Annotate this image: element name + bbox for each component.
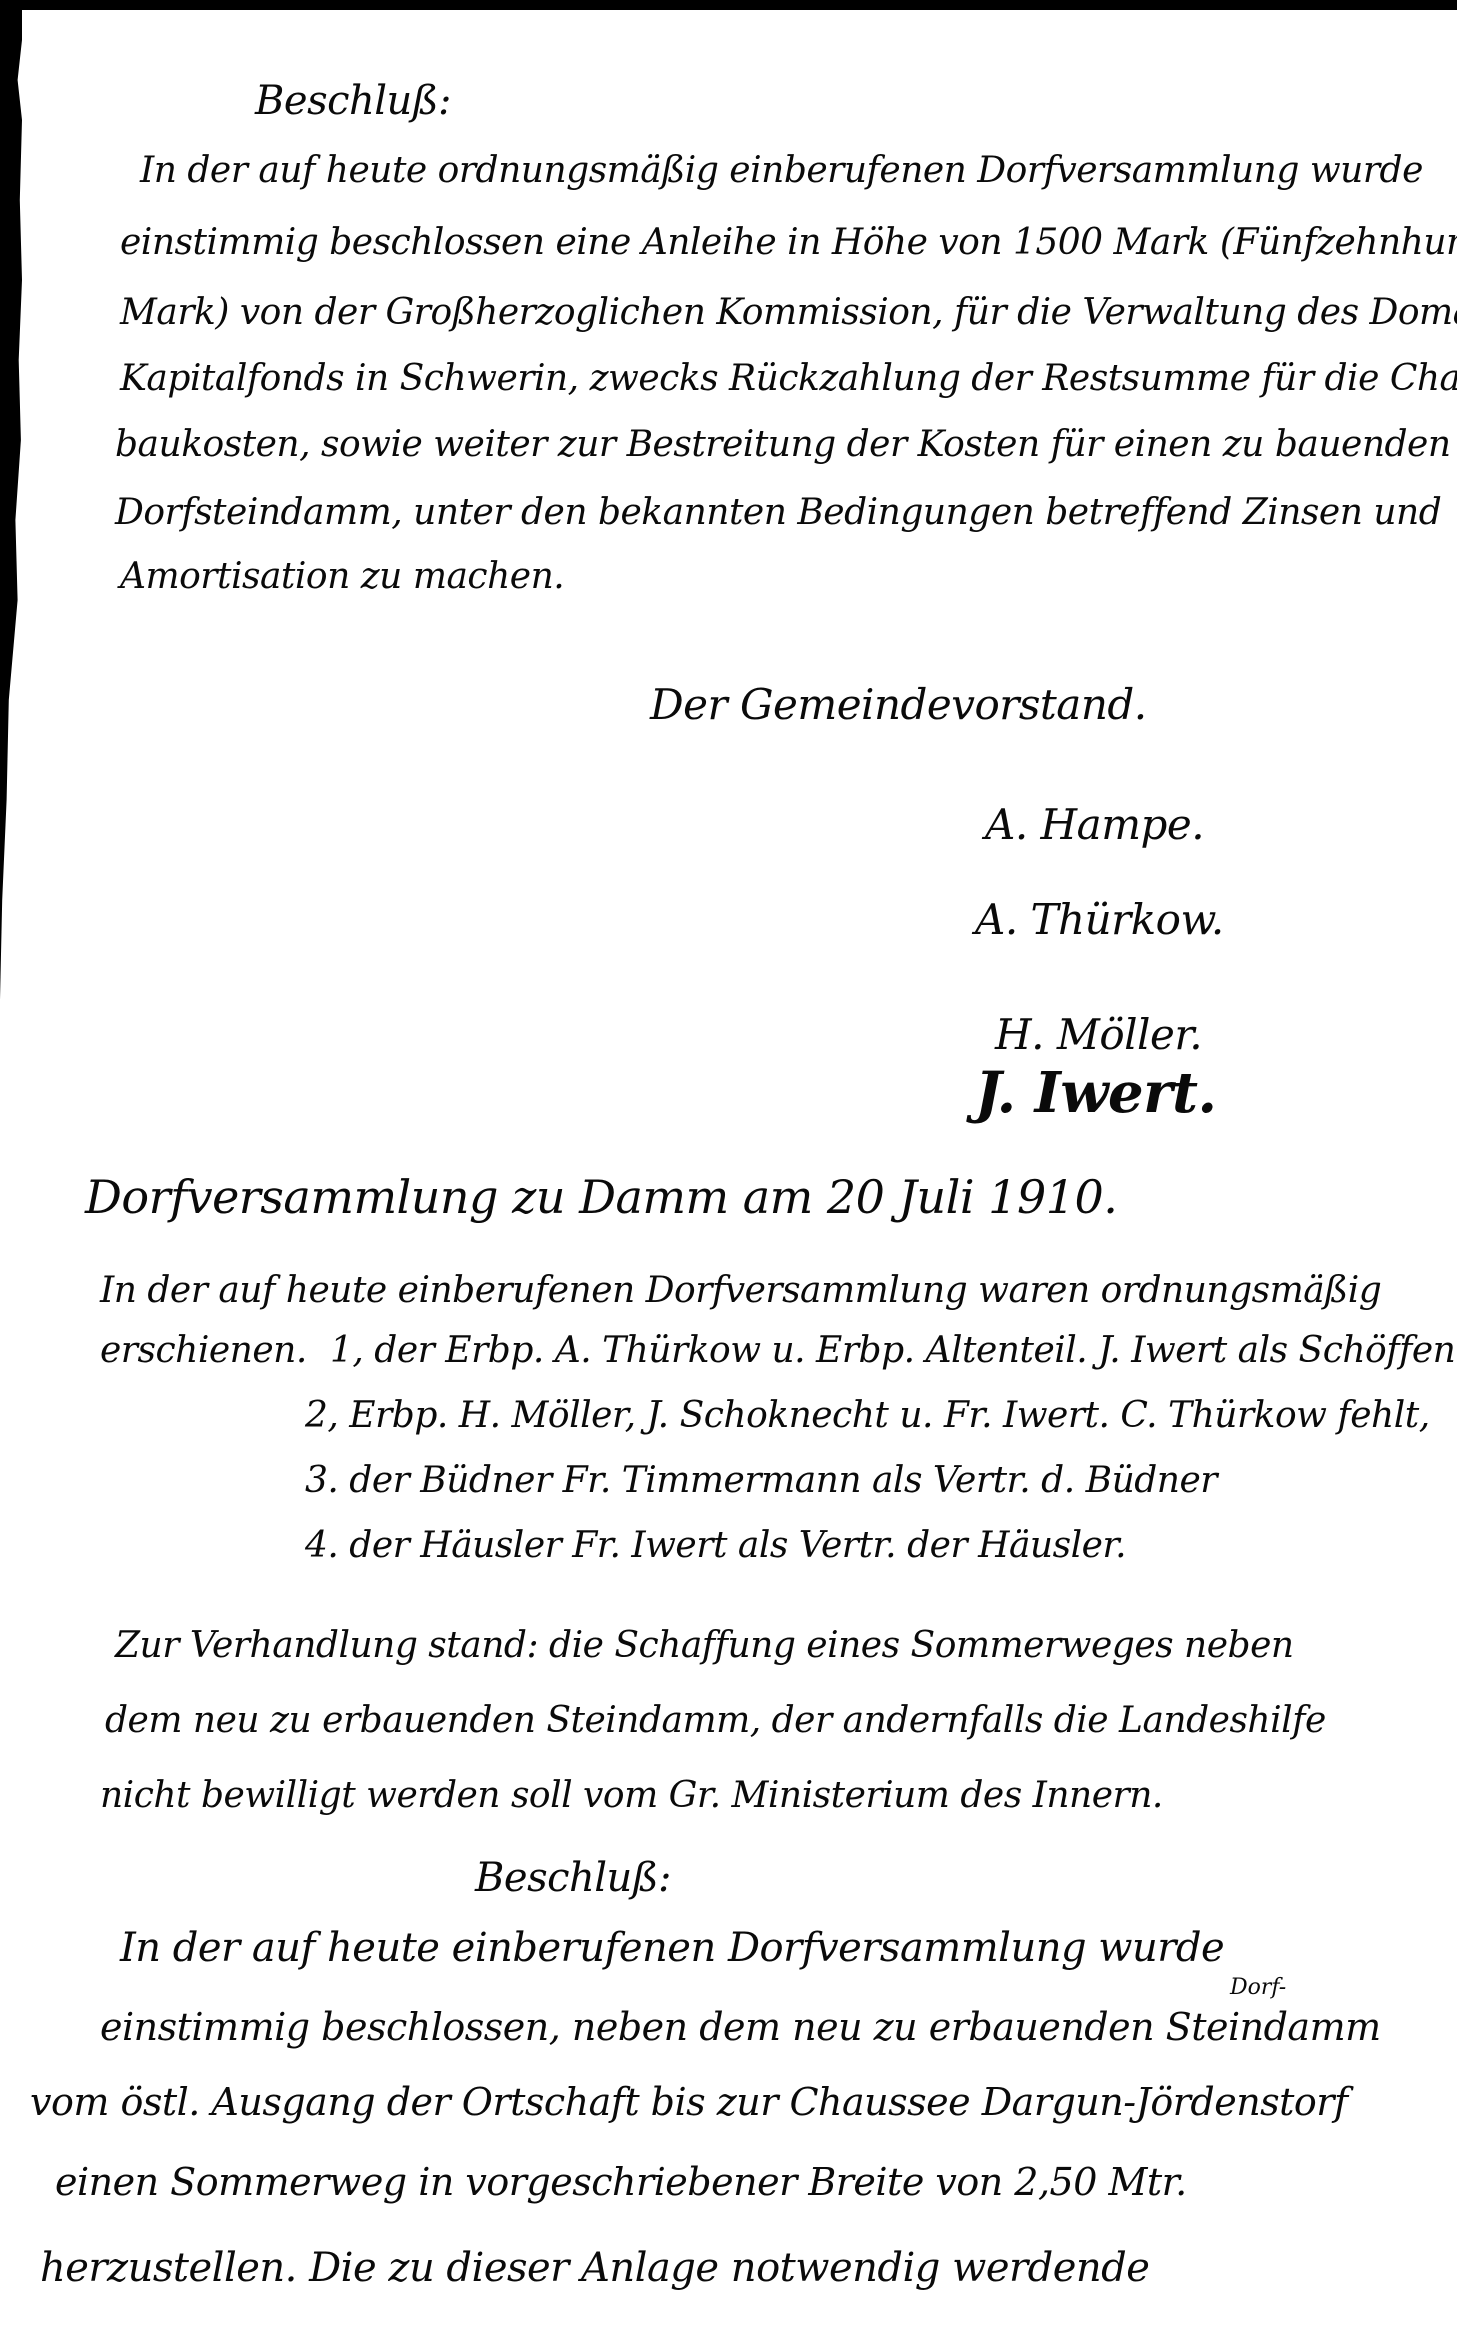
resolution-line: herzustellen. Die zu dieser Anlage notwe… (40, 2245, 1149, 2291)
resolution-line: Kapitalfonds in Schwerin, zwecks Rückzah… (120, 358, 1457, 399)
intro-line: erschienen. (100, 1330, 307, 1371)
attendee-item: 4. der Häusler Fr. Iwert als Vertr. der … (305, 1525, 1126, 1566)
resolution-heading: Beschluß: (255, 78, 451, 124)
resolution-line: In der auf heute ordnungsmäßig einberufe… (140, 150, 1423, 191)
attendee-item: 2, Erbp. H. Möller, J. Schoknecht u. Fr.… (305, 1395, 1430, 1436)
assembly-heading: Dorfversammlung zu Damm am 20 Juli 1910. (85, 1170, 1117, 1224)
resolution-line: baukosten, sowie weiter zur Bestreitung … (115, 424, 1451, 465)
resolution-line: einstimmig beschlossen, neben dem neu zu… (100, 2005, 1381, 2049)
resolution-line: einen Sommerweg in vorgeschriebener Brei… (55, 2160, 1187, 2204)
insertion-note: Dorf- (1230, 1975, 1286, 2000)
resolution-line: In der auf heute einberufenen Dorfversam… (120, 1925, 1224, 1971)
scan-top-border (0, 0, 1457, 10)
resolution-line: einstimmig beschlossen eine Anleihe in H… (120, 222, 1457, 263)
resolution-line: Amortisation zu machen. (120, 556, 564, 597)
signature: H. Möller. (995, 1010, 1202, 1059)
agenda-line: nicht bewilligt werden soll vom Gr. Mini… (100, 1775, 1163, 1816)
agenda-line: dem neu zu erbauenden Steindamm, der and… (105, 1700, 1326, 1741)
resolution-heading-2: Beschluß: (475, 1855, 671, 1901)
signature: J. Iwert. (975, 1060, 1217, 1126)
intro-line: In der auf heute einberufenen Dorfversam… (100, 1270, 1381, 1311)
resolution-line: Mark) von der Großherzoglichen Kommissio… (120, 292, 1457, 333)
attendee-item: 1, der Erbp. A. Thürkow u. Erbp. Altente… (330, 1330, 1455, 1371)
resolution-line: Dorfsteindamm, unter den bekannten Bedin… (115, 492, 1441, 533)
resolution-line: vom östl. Ausgang der Ortschaft bis zur … (30, 2080, 1348, 2124)
scan-left-border (0, 0, 22, 1000)
signature: A. Thürkow. (975, 895, 1224, 944)
attendee-item: 3. der Büdner Fr. Timmermann als Vertr. … (305, 1460, 1217, 1501)
signature: A. Hampe. (985, 800, 1204, 849)
signature-title: Der Gemeindevorstand. (650, 680, 1147, 729)
agenda-line: Zur Verhandlung stand: die Schaffung ein… (115, 1625, 1294, 1666)
